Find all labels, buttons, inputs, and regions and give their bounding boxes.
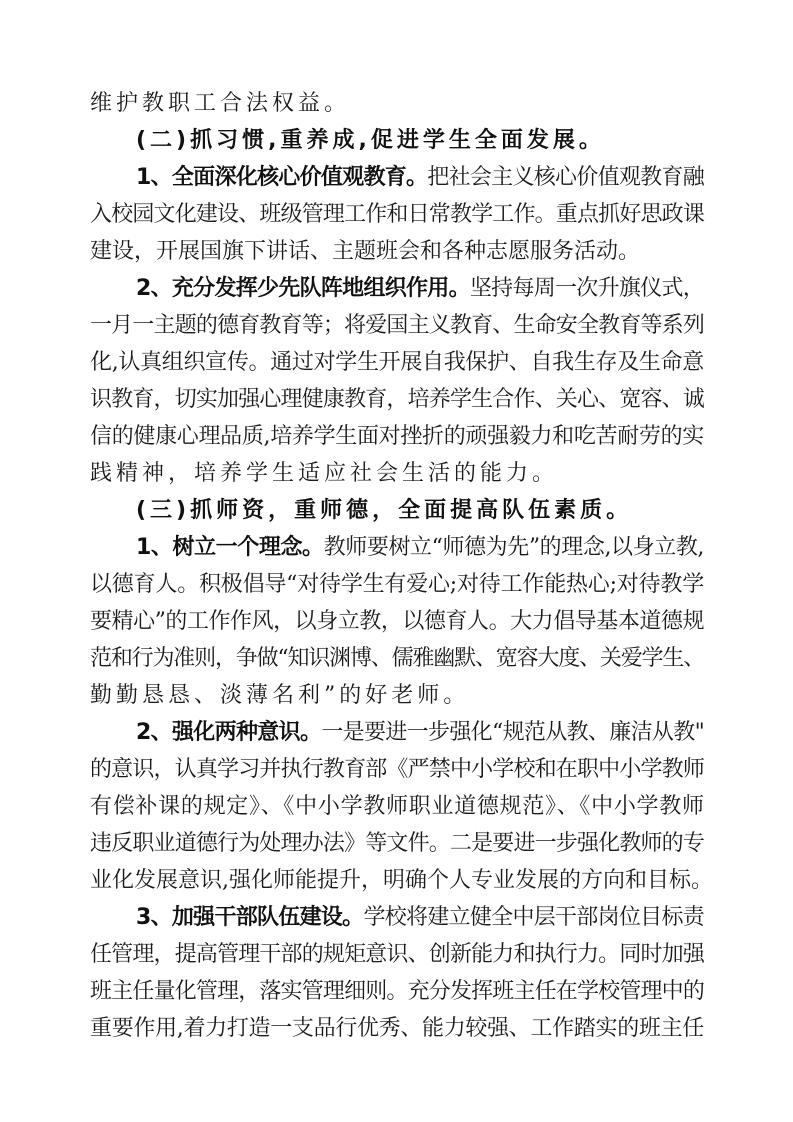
paragraph-line: 要精心”的工作作风，以身立教，以德育人。大力倡导基本道德规 xyxy=(90,603,704,640)
paragraph-line: 建设，开展国旗下讲话、主题班会和各种志愿服务活动。 xyxy=(90,233,704,270)
paragraph-line: 化,认真组织宣传。通过对学生开展自我保护、自我生存及生命意 xyxy=(90,344,704,381)
item-paragraph-start: 2、强化两种意识。一是要进一步强化“规范从教、廉洁从教" xyxy=(90,714,704,751)
body-text: 有偿补课的规定》、《中小学教师职业道德规范》、《中小学教师 xyxy=(90,794,704,819)
paragraph-line: 范和行为准则，争做“知识渊博、儒雅幽默、宽容大度、关爱学生、 xyxy=(90,640,704,677)
item-title: 2、强化两种意识。 xyxy=(136,720,321,745)
body-text: 的意识，认真学习并执行教育部《严禁中小学校和在职中小学教师 xyxy=(90,757,704,782)
body-text: 坚持每周一次升旗仪式， xyxy=(470,276,704,301)
paragraph-line: 维护教职工合法权益。 xyxy=(90,85,704,122)
section-title: (二)抓习惯,重养成,促进学生全面发展。 xyxy=(136,128,605,153)
paragraph-line: 的意识，认真学习并执行教育部《严禁中小学校和在职中小学教师 xyxy=(90,751,704,788)
item-paragraph-start: 1、全面深化核心价值观教育。把社会主义核心价值观教育融 xyxy=(90,159,704,196)
section-heading: (二)抓习惯,重养成,促进学生全面发展。 xyxy=(90,122,704,159)
paragraph-line: 信的健康心理品质,培养学生面对挫折的顽强毅力和吃苦耐劳的实 xyxy=(90,418,704,455)
body-text: 维护教职工合法权益。 xyxy=(90,91,350,116)
body-text: 一是要进一步强化“规范从教、廉洁从教" xyxy=(321,720,704,745)
body-text: 违反职业道德行为处理办法》等文件。二是要进一步强化教师的专 xyxy=(90,831,704,856)
body-text: 勤勤恳恳、淡薄名利”的好老师。 xyxy=(90,683,469,708)
body-text: 建设，开展国旗下讲话、主题班会和各种志愿服务活动。 xyxy=(90,239,640,264)
item-title: 3、加强干部队伍建设。 xyxy=(136,905,363,930)
body-text: 践精神，培养学生适应社会生活的能力。 xyxy=(90,461,558,486)
paragraph-line: 践精神，培养学生适应社会生活的能力。 xyxy=(90,455,704,492)
paragraph-line: 一月一主题的德育教育等；将爱国主义教育、生命安全教育等系列 xyxy=(90,307,704,344)
paragraph-line: 入校园文化建设、班级管理工作和日常教学工作。重点抓好思政课 xyxy=(90,196,704,233)
document-page: 维护教职工合法权益。(二)抓习惯,重养成,促进学生全面发展。1、全面深化核心价值… xyxy=(90,85,704,1047)
body-text: 以德育人。积极倡导“对待学生有爱心;对待工作能热心;对待教学 xyxy=(90,572,704,597)
item-title: 1、树立一个理念。 xyxy=(136,535,324,560)
body-text: 重要作用,着力打造一支品行优秀、能力较强、工作踏实的班主任 xyxy=(90,1016,704,1041)
paragraph-line: 班主任量化管理，落实管理细则。充分发挥班主任在学校管理中的 xyxy=(90,973,704,1010)
paragraph-line: 有偿补课的规定》、《中小学教师职业道德规范》、《中小学教师 xyxy=(90,788,704,825)
body-text: 业化发展意识,强化师能提升，明确个人专业发展的方向和目标。 xyxy=(90,868,713,893)
body-text: 要精心”的工作作风，以身立教，以德育人。大力倡导基本道德规 xyxy=(90,609,704,634)
paragraph-line: 识教育，切实加强心理健康教育，培养学生合作、关心、宽容、诚 xyxy=(90,381,704,418)
body-text: 学校将建立健全中层干部岗位目标责 xyxy=(363,905,704,930)
item-title: 2、充分发挥少先队阵地组织作用。 xyxy=(136,276,470,301)
section-title: (三)抓师资，重师德，全面提高队伍素质。 xyxy=(136,498,632,523)
section-heading: (三)抓师资，重师德，全面提高队伍素质。 xyxy=(90,492,704,529)
paragraph-line: 违反职业道德行为处理办法》等文件。二是要进一步强化教师的专 xyxy=(90,825,704,862)
item-paragraph-start: 3、加强干部队伍建设。学校将建立健全中层干部岗位目标责 xyxy=(90,899,704,936)
body-text: 识教育，切实加强心理健康教育，培养学生合作、关心、宽容、诚 xyxy=(90,387,704,412)
body-text: 教师要树立“师德为先”的理念,以身立教, xyxy=(324,535,704,560)
body-text: 班主任量化管理，落实管理细则。充分发挥班主任在学校管理中的 xyxy=(90,979,704,1004)
paragraph-line: 任管理，提高管理干部的规矩意识、创新能力和执行力。同时加强 xyxy=(90,936,704,973)
item-paragraph-start: 1、树立一个理念。教师要树立“师德为先”的理念,以身立教, xyxy=(90,529,704,566)
body-text: 范和行为准则，争做“知识渊博、儒雅幽默、宽容大度、关爱学生、 xyxy=(90,646,704,671)
item-paragraph-start: 2、充分发挥少先队阵地组织作用。坚持每周一次升旗仪式， xyxy=(90,270,704,307)
paragraph-line: 以德育人。积极倡导“对待学生有爱心;对待工作能热心;对待教学 xyxy=(90,566,704,603)
paragraph-line: 重要作用,着力打造一支品行优秀、能力较强、工作踏实的班主任 xyxy=(90,1010,704,1047)
body-text: 一月一主题的德育教育等；将爱国主义教育、生命安全教育等系列 xyxy=(90,313,704,338)
item-title: 1、全面深化核心价值观教育。 xyxy=(136,165,427,190)
body-text: 化,认真组织宣传。通过对学生开展自我保护、自我生存及生命意 xyxy=(90,350,704,375)
paragraph-line: 业化发展意识,强化师能提升，明确个人专业发展的方向和目标。 xyxy=(90,862,704,899)
paragraph-line: 勤勤恳恳、淡薄名利”的好老师。 xyxy=(90,677,704,714)
body-text: 信的健康心理品质,培养学生面对挫折的顽强毅力和吃苦耐劳的实 xyxy=(90,424,704,449)
body-text: 入校园文化建设、班级管理工作和日常教学工作。重点抓好思政课 xyxy=(90,202,704,227)
body-text: 任管理，提高管理干部的规矩意识、创新能力和执行力。同时加强 xyxy=(90,942,704,967)
body-text: 把社会主义核心价值观教育融 xyxy=(427,165,704,190)
